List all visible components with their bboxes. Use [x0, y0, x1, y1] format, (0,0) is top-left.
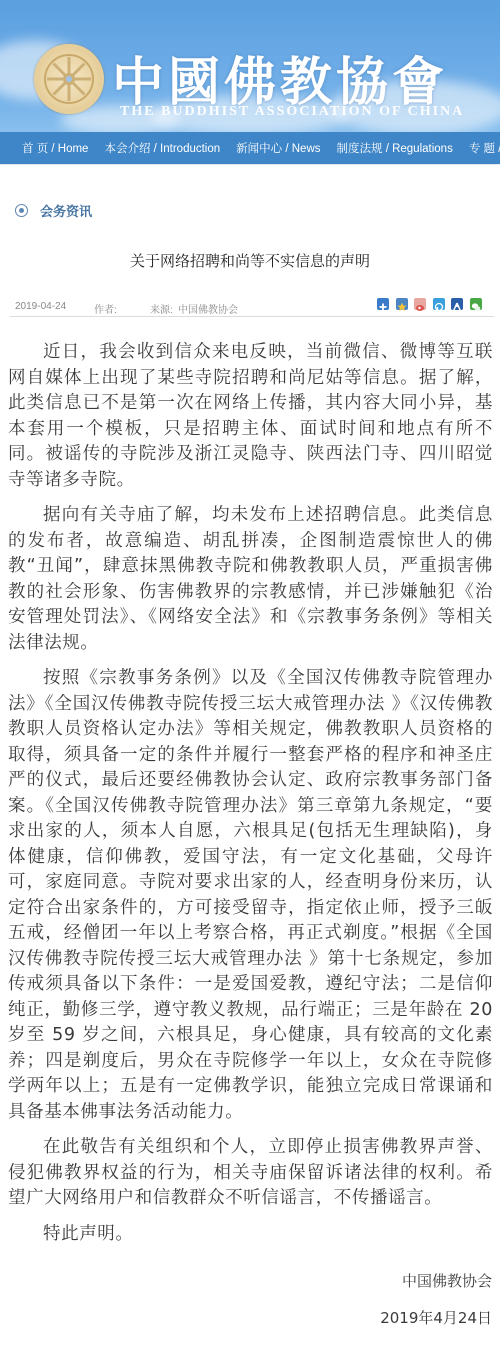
share-more-icon[interactable]	[377, 298, 389, 310]
nav-item-home[interactable]: 首 页 / Home	[22, 140, 88, 156]
signature-org: 中国佛教协会	[402, 1270, 492, 1291]
nav-item-introduction[interactable]: 本会介绍 / Introduction	[104, 140, 220, 156]
main-navigation: 首 页 / Home 本会介绍 / Introduction 新闻中心 / Ne…	[0, 132, 500, 165]
article-body: 近日，我会收到信众来电反映，当前微信、微博等互联网自媒体上出现了某些寺院招聘和尚…	[8, 340, 493, 1257]
source-label: 来源:	[150, 301, 173, 316]
article-paragraph: 据向有关寺庙了解，均未发布上述招聘信息。此类信息的发布者，故意编造、胡乱拼凑，企…	[8, 503, 493, 656]
section-title[interactable]: 会务资讯	[40, 201, 92, 220]
meta-divider	[10, 316, 494, 317]
nav-item-regulations[interactable]: 制度法规 / Regulations	[337, 140, 453, 156]
renren-icon[interactable]	[451, 298, 463, 310]
dharma-wheel-icon[interactable]	[34, 44, 104, 114]
article-date: 2019-04-24	[15, 301, 66, 312]
article-paragraph: 按照《宗教事务条例》以及《全国汉传佛教寺院管理办法》《全国汉传佛教寺院传授三坛大…	[8, 666, 493, 1125]
article-paragraph: 近日，我会收到信众来电反映，当前微信、微博等互联网自媒体上出现了某些寺院招聘和尚…	[8, 340, 493, 493]
target-circle-icon	[15, 204, 28, 217]
share-toolbar	[377, 298, 488, 310]
tencent-weibo-icon[interactable]	[433, 298, 445, 310]
article-paragraph: 在此敬告有关组织和个人，立即停止损害佛教界声誉、侵犯佛教界权益的行为，相关寺庙保…	[8, 1135, 493, 1212]
signature-date: 2019年4月24日	[380, 1307, 492, 1328]
brand-name-english: THE BUDDHIST ASSOCIATION OF CHINA	[120, 104, 464, 120]
source-value: 中国佛教协会	[178, 301, 238, 316]
article-title: 关于网络招聘和尚等不实信息的声明	[0, 250, 500, 271]
weibo-icon[interactable]	[414, 298, 426, 310]
site-header-banner: 中國佛教協會 THE BUDDHIST ASSOCIATION OF CHINA	[0, 0, 500, 132]
nav-item-subject[interactable]: 专 题 / Subject	[469, 140, 500, 156]
article-paragraph: 特此声明。	[8, 1222, 493, 1248]
section-header: 会务资讯	[15, 201, 92, 220]
nav-item-news[interactable]: 新闻中心 / News	[236, 140, 320, 156]
wechat-icon[interactable]	[470, 298, 482, 310]
author-label: 作者:	[94, 301, 117, 316]
qzone-icon[interactable]	[396, 298, 408, 310]
